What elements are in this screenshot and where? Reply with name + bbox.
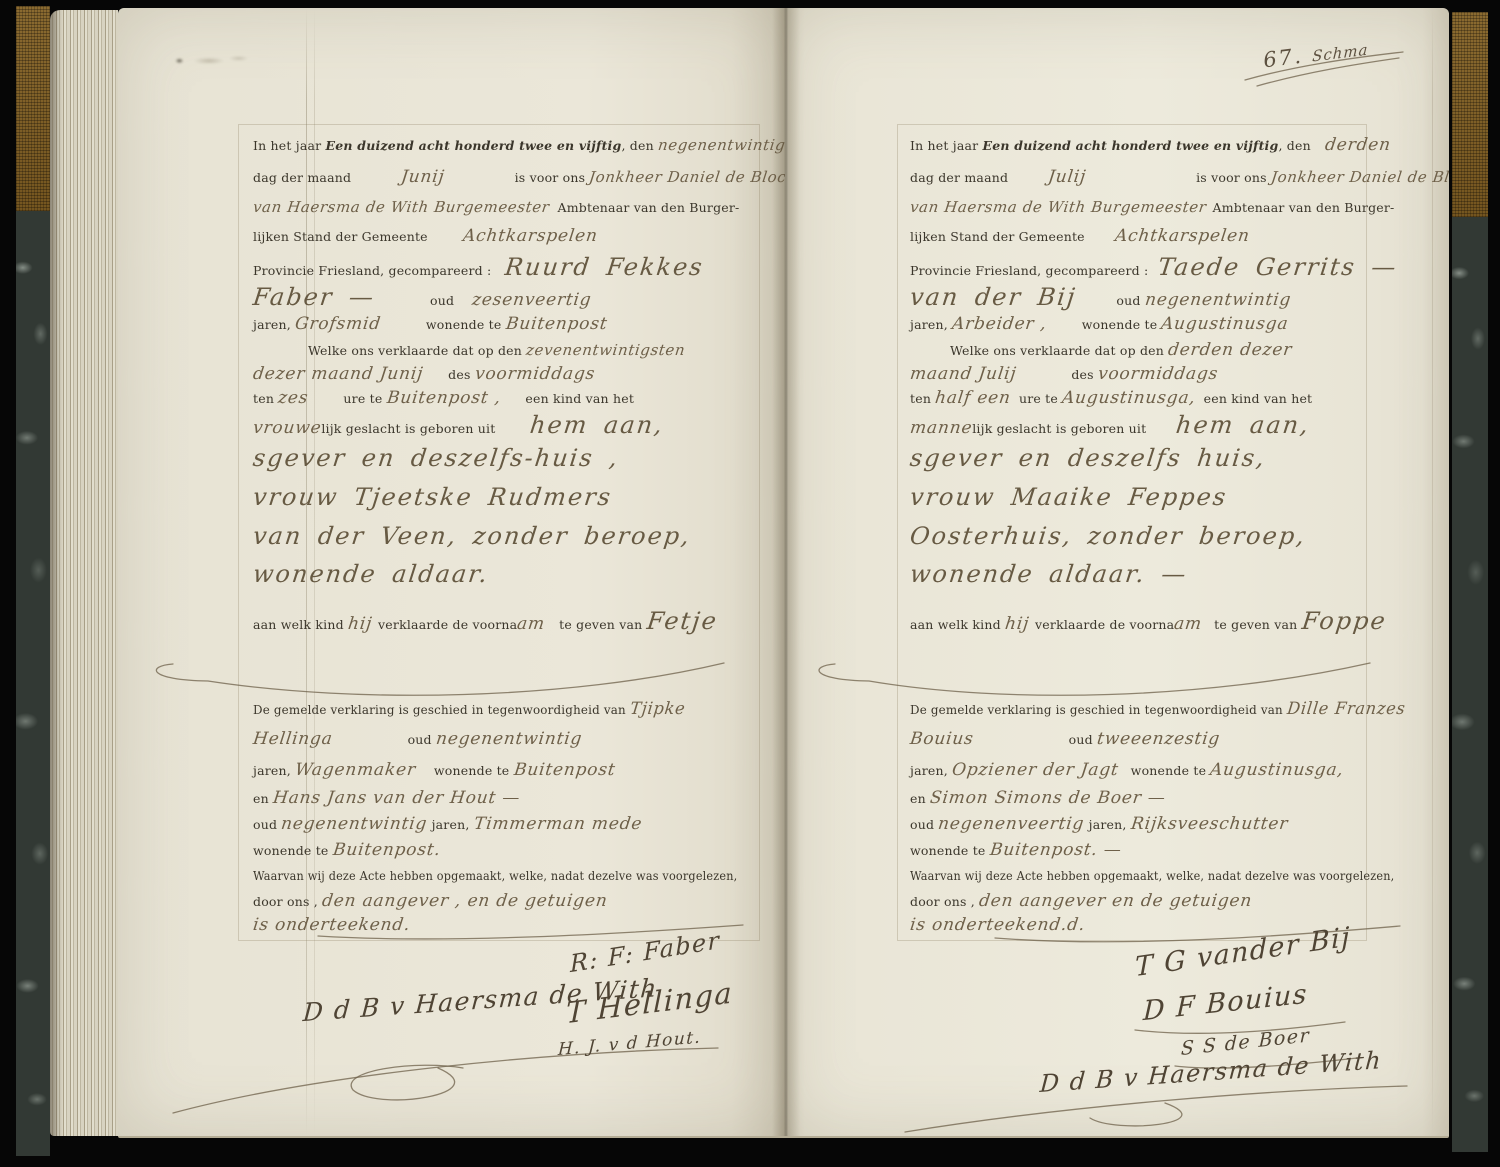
fill-gap bbox=[974, 743, 1069, 744]
printed-text: Welke ons verklaarde dat op den bbox=[950, 343, 1168, 358]
marbled-cover bbox=[16, 211, 50, 1156]
handwritten-text: Buitenpost bbox=[512, 761, 616, 781]
form-line: Waarvan wij deze Acte hebben opgemaakt, … bbox=[910, 866, 1394, 884]
form-line: van der Veen, zonder beroep, bbox=[253, 523, 691, 551]
handwritten-text: den aangever , en de getuigen bbox=[321, 892, 609, 912]
form-line: Welke ons verklaarde dat op den derden d… bbox=[910, 341, 1292, 361]
form-line: vrouw Maaike Feppes bbox=[910, 484, 1227, 512]
handwritten-text: Buitenpost , bbox=[385, 389, 501, 409]
fill-gap bbox=[253, 354, 308, 355]
form-line: mannelijk geslacht is geboren uithem aan… bbox=[910, 412, 1310, 440]
form-line: jaren, Arbeider ,wonende te Augustinusga bbox=[910, 315, 1289, 335]
act-left: In het jaar Een duizend acht honderd twe… bbox=[118, 8, 785, 1136]
handwritten-text: Hellinga bbox=[252, 730, 334, 750]
signature: R: F: Faber bbox=[570, 926, 721, 978]
fill-gap bbox=[381, 328, 426, 329]
printed-text: Ambtenaar van den Burger- bbox=[558, 200, 740, 215]
form-line: Welke ons verklaarde dat op den zevenent… bbox=[253, 341, 685, 359]
form-line: door ons , den aangever en de getuigen bbox=[910, 892, 1252, 912]
form-line: Provincie Friesland, gecompareerd :Taede… bbox=[910, 254, 1398, 282]
printed-text: wonende te bbox=[1082, 317, 1162, 332]
printed-text: Welke ons verklaarde dat op den bbox=[308, 343, 526, 358]
form-line: lijken Stand der GemeenteAchtkarspelen bbox=[253, 227, 597, 247]
handwritten-text: am bbox=[516, 615, 546, 635]
form-line: In het jaar Een duizend acht honderd twe… bbox=[910, 136, 1391, 156]
fill-gap bbox=[545, 628, 559, 629]
printed-text: en bbox=[910, 791, 930, 806]
form-line: en Hans Jans van der Hout — bbox=[253, 789, 520, 809]
form-line: wonende aldaar. — bbox=[910, 561, 1187, 589]
form-line: van der Bijoud negenentwintig bbox=[910, 284, 1291, 312]
printed-text: lijk geslacht is geboren uit bbox=[321, 421, 495, 436]
handwritten-text: van der Bij bbox=[908, 284, 1078, 312]
fill-gap bbox=[495, 432, 530, 433]
handwritten-text: vrouwe bbox=[252, 419, 323, 439]
handwritten-text: wonende aldaar. bbox=[251, 561, 490, 589]
printed-text: In het jaar bbox=[910, 138, 983, 153]
handwritten-text: zevenentwintigsten bbox=[525, 342, 686, 359]
handwritten-text: Taede Gerrits — bbox=[1157, 254, 1400, 282]
handwritten-text: Jonkheer Daniel de Blocq bbox=[1270, 169, 1449, 186]
handwritten-text: is onderteekend.d. bbox=[909, 916, 1086, 936]
handwritten-text: manne bbox=[909, 419, 974, 439]
handwritten-text: Ruurd Fekkes bbox=[504, 254, 706, 282]
form-line: dezer maand Junijdes voormiddags bbox=[253, 365, 595, 385]
printed-text: Provincie Friesland, gecompareerd : bbox=[910, 263, 1148, 278]
printed-text: Provincie Friesland, gecompareerd : bbox=[253, 263, 491, 278]
form-line: wonende te Buitenpost. — bbox=[910, 841, 1121, 861]
handwritten-text: Faber — bbox=[251, 284, 376, 312]
handwritten-text: Simon Simons de Boer — bbox=[929, 789, 1167, 809]
fill-gap bbox=[1085, 240, 1115, 241]
form-line: dag der maandJulijis voor ons Jonkheer D… bbox=[910, 168, 1449, 188]
printed-text: ure te bbox=[1019, 391, 1062, 406]
fill-gap bbox=[1011, 402, 1019, 403]
handwritten-text: voormiddags bbox=[474, 365, 596, 385]
printed-text: een kind van het bbox=[1204, 391, 1313, 406]
handwritten-text: Bouius bbox=[909, 730, 975, 750]
printed-text: oud bbox=[1116, 293, 1144, 308]
handwritten-text: sgever en deszelfs-huis , bbox=[251, 445, 620, 473]
form-line: Waarvan wij deze Acte hebben opgemaakt, … bbox=[253, 866, 737, 884]
handwritten-text: hij bbox=[1004, 615, 1030, 635]
handwritten-text: hem aan, bbox=[529, 412, 666, 440]
handwritten-text: van der Veen, zonder beroep, bbox=[251, 523, 692, 551]
printed-text: te geven van bbox=[559, 617, 646, 632]
fill-gap bbox=[454, 304, 472, 305]
fill-gap bbox=[1086, 181, 1196, 182]
printed-text: oud bbox=[408, 732, 436, 747]
printed-text: wonende te bbox=[1131, 763, 1211, 778]
printed-text: aan welk kind bbox=[910, 617, 1005, 632]
printed-text: Een duizend acht honderd twee en vijftig bbox=[326, 138, 622, 153]
handwritten-text: maand Julij bbox=[909, 365, 1018, 385]
printed-text: oud bbox=[1069, 732, 1097, 747]
fill-gap bbox=[308, 402, 343, 403]
form-line: van Haersma de With BurgemeesterAmbtenaa… bbox=[253, 198, 739, 216]
form-line: is onderteekend. bbox=[253, 916, 410, 936]
signature: T G vander Bij bbox=[1135, 921, 1351, 983]
fill-gap bbox=[1047, 328, 1082, 329]
form-line: Provincie Friesland, gecompareerd :Ruurd… bbox=[253, 254, 704, 282]
handwritten-text: is onderteekend. bbox=[252, 916, 412, 936]
handwritten-text: Opziener der Jagt bbox=[951, 761, 1120, 781]
handwritten-text: Achtkarspelen bbox=[462, 227, 599, 247]
form-line: ten half eenure te Augustinusga,een kind… bbox=[910, 389, 1312, 409]
form-line: wonende te Buitenpost. bbox=[253, 841, 440, 861]
handwritten-text: Buitenpost bbox=[504, 315, 608, 335]
handwritten-text: dezer maand Junij bbox=[252, 365, 425, 385]
form-line: De gemelde verklaring is geschied in teg… bbox=[253, 700, 685, 720]
handwritten-text: Augustinusga, bbox=[1209, 761, 1345, 781]
handwritten-text: Oosterhuis, zonder beroep, bbox=[908, 523, 1307, 551]
binding-cloth bbox=[16, 6, 50, 211]
handwritten-text: vrouw Maaike Feppes bbox=[908, 484, 1229, 512]
printed-text: jaren, bbox=[910, 763, 952, 778]
signature: H. J. v d Hout. bbox=[557, 1027, 701, 1060]
handwritten-text: Wagenmaker bbox=[294, 761, 417, 781]
form-line: oud negenentwintig jaren, Timmerman mede bbox=[253, 815, 642, 835]
handwritten-text: hem aan, bbox=[1175, 412, 1312, 440]
handwritten-text: Julij bbox=[1047, 168, 1087, 188]
printed-text: door ons , bbox=[910, 894, 979, 909]
printed-text: lijk geslacht is geboren uit bbox=[972, 421, 1146, 436]
printed-text: oud bbox=[430, 293, 454, 308]
form-line: In het jaar Een duizend acht honderd twe… bbox=[253, 136, 785, 154]
handwritten-text: van Haersma de With Burgemeester bbox=[909, 199, 1208, 216]
handwritten-text: negenentwintigsten bbox=[657, 137, 785, 154]
book-cover-right bbox=[1452, 12, 1488, 1152]
page-right: 67.Schma In het jaar Een duizend acht ho… bbox=[785, 8, 1449, 1138]
fill-gap bbox=[910, 354, 950, 355]
printed-text: jaren, bbox=[253, 317, 295, 332]
handwritten-text: vrouw Tjeetske Rudmers bbox=[251, 484, 613, 512]
fill-gap bbox=[1119, 774, 1131, 775]
handwritten-text: den aangever en de getuigen bbox=[978, 892, 1253, 912]
handwritten-text: zesenveertig bbox=[471, 291, 593, 311]
printed-text: door ons , bbox=[253, 894, 322, 909]
handwritten-text: negenenveertig bbox=[937, 815, 1086, 835]
handwritten-text: negenentwintig bbox=[435, 730, 583, 750]
handwritten-text: wonende aldaar. — bbox=[908, 561, 1189, 589]
register-book-photo: In het jaar Een duizend acht honderd twe… bbox=[0, 0, 1500, 1167]
printed-text: te geven van bbox=[1214, 617, 1301, 632]
fill-gap bbox=[445, 181, 515, 182]
form-line: vrouw Tjeetske Rudmers bbox=[253, 484, 612, 512]
form-line: ten zesure te Buitenpost ,een kind van h… bbox=[253, 389, 634, 409]
handwritten-text: Arbeider , bbox=[951, 315, 1048, 335]
printed-text: jaren, bbox=[910, 317, 952, 332]
printed-text: Ambtenaar van den Burger- bbox=[1213, 200, 1395, 215]
handwritten-text: Achtkarspelen bbox=[1114, 227, 1251, 247]
handwritten-text: Augustinusga bbox=[1160, 315, 1290, 335]
fill-gap bbox=[375, 304, 430, 305]
signature: D F Bouius bbox=[1142, 979, 1308, 1028]
fill-gap bbox=[500, 402, 525, 403]
printed-text: dag der maand bbox=[253, 170, 351, 185]
form-line: aan welk kind hijverklaarde de voornaamt… bbox=[253, 608, 717, 636]
form-line: vrouwelijk geslacht is geboren uithem aa… bbox=[253, 412, 664, 440]
fill-gap bbox=[1008, 181, 1048, 182]
fill-gap bbox=[1202, 628, 1214, 629]
printed-text: De gemelde verklaring is geschied in teg… bbox=[253, 702, 630, 717]
handwritten-text: negenentwintig bbox=[1144, 291, 1292, 311]
form-line: lijken Stand der GemeenteAchtkarspelen bbox=[910, 227, 1249, 247]
printed-text: wonende te bbox=[434, 763, 514, 778]
printed-text: jaren, bbox=[253, 763, 295, 778]
printed-text: jaren, bbox=[427, 817, 473, 832]
fill-gap bbox=[1076, 304, 1116, 305]
form-line: en Simon Simons de Boer — bbox=[910, 789, 1166, 809]
handwritten-text: Timmerman mede bbox=[472, 815, 643, 835]
printed-text: een kind van het bbox=[525, 391, 634, 406]
printed-text: wonende te bbox=[426, 317, 506, 332]
printed-text: jaren, bbox=[1084, 817, 1130, 832]
handwritten-text: Fetje bbox=[645, 608, 719, 636]
printed-text: en bbox=[253, 791, 273, 806]
printed-text: ten bbox=[253, 391, 278, 406]
act-right: In het jaar Een duizend acht honderd twe… bbox=[785, 8, 1449, 1136]
printed-text: lijken Stand der Gemeente bbox=[253, 229, 428, 244]
printed-text: , den bbox=[1278, 138, 1315, 153]
handwritten-text: Tjipke bbox=[629, 700, 686, 720]
printed-text: des bbox=[448, 367, 475, 382]
form-line: jaren, Opziener der Jagtwonende te Augus… bbox=[910, 761, 1344, 781]
fill-gap bbox=[1196, 402, 1204, 403]
handwritten-text: Hans Jans van der Hout — bbox=[272, 789, 521, 809]
printed-text: In het jaar bbox=[253, 138, 326, 153]
handwritten-text: derden bbox=[1324, 136, 1392, 156]
handwritten-text: Grofsmid bbox=[294, 315, 382, 335]
page-left: In het jaar Een duizend acht honderd twe… bbox=[118, 8, 785, 1138]
handwritten-text: Rijksveeschutter bbox=[1130, 815, 1289, 835]
handwritten-text: Augustinusga, bbox=[1061, 389, 1197, 409]
handwritten-text: hij bbox=[347, 615, 373, 635]
fill-gap bbox=[416, 774, 434, 775]
form-line: aan welk kind hijverklaarde de voornaamt… bbox=[910, 608, 1386, 636]
fill-gap bbox=[428, 240, 463, 241]
form-line: oud negenenveertig jaren, Rijksveeschutt… bbox=[910, 815, 1288, 835]
printed-text: Een duizend acht honderd twee en vijftig bbox=[983, 138, 1279, 153]
printed-text: oud bbox=[910, 817, 938, 832]
printed-text: wonende te bbox=[910, 843, 990, 858]
form-line: van Haersma de With BurgemeesterAmbtenaa… bbox=[910, 198, 1394, 216]
marbled-cover bbox=[1452, 217, 1488, 1152]
fill-gap bbox=[333, 743, 408, 744]
printed-text: De gemelde verklaring is geschied in teg… bbox=[910, 702, 1287, 717]
form-line: wonende aldaar. bbox=[253, 561, 489, 589]
printed-text: aan welk kind bbox=[253, 617, 348, 632]
binding-cloth bbox=[1452, 12, 1488, 217]
handwritten-text: half een bbox=[934, 389, 1012, 409]
handwritten-text: Jonkheer Daniel de Blocq bbox=[588, 169, 785, 186]
form-line: sgever en deszelfs-huis , bbox=[253, 445, 619, 473]
printed-text: is voor ons bbox=[515, 170, 590, 185]
form-line: dag der maandJunijis voor ons Jonkheer D… bbox=[253, 168, 785, 188]
handwritten-text: Buitenpost. — bbox=[989, 841, 1123, 861]
form-line: Oosterhuis, zonder beroep, bbox=[910, 523, 1306, 551]
handwritten-text: Foppe bbox=[1300, 608, 1388, 636]
handwritten-text: sgever en deszelfs huis, bbox=[908, 445, 1267, 473]
printed-text: , den bbox=[621, 138, 658, 153]
form-line: is onderteekend.d. bbox=[910, 916, 1085, 936]
form-line: sgever en deszelfs huis, bbox=[910, 445, 1266, 473]
fill-gap bbox=[423, 378, 448, 379]
form-line: Bouiusoud tweeenzestig bbox=[910, 730, 1220, 750]
handwritten-text: am bbox=[1173, 615, 1203, 635]
page-edge-stack bbox=[50, 10, 118, 1136]
form-line: maand Julijdes voormiddags bbox=[910, 365, 1218, 385]
printed-text: ten bbox=[910, 391, 935, 406]
handwritten-text: Junij bbox=[400, 168, 446, 188]
printed-text: oud bbox=[253, 817, 281, 832]
form-line: jaren, Wagenmakerwonende te Buitenpost bbox=[253, 761, 615, 781]
form-line: Hellingaoud negenentwintig bbox=[253, 730, 582, 750]
handwritten-text: Dille Franzes bbox=[1286, 700, 1407, 720]
fill-gap bbox=[1016, 378, 1071, 379]
book-cover-left bbox=[16, 6, 50, 1156]
form-line: Faber —oudzesenveertig bbox=[253, 284, 592, 312]
printed-text: verklaarde de voorna bbox=[1035, 617, 1174, 632]
fill-gap bbox=[550, 211, 558, 212]
handwritten-text: derden dezer bbox=[1167, 341, 1293, 361]
handwritten-text: Buitenpost. bbox=[332, 841, 442, 861]
handwritten-text: zes bbox=[277, 389, 310, 409]
printed-text: wonende te bbox=[253, 843, 333, 858]
handwritten-text: negenentwintig bbox=[280, 815, 428, 835]
form-line: jaren, Grofsmidwonende te Buitenpost bbox=[253, 315, 607, 335]
printed-text: des bbox=[1071, 367, 1098, 382]
form-line: De gemelde verklaring is geschied in teg… bbox=[910, 700, 1405, 720]
printed-text: lijken Stand der Gemeente bbox=[910, 229, 1085, 244]
handwritten-text: tweeenzestig bbox=[1096, 730, 1221, 750]
fill-gap bbox=[351, 181, 401, 182]
printed-text: Waarvan wij deze Acte hebben opgemaakt, … bbox=[910, 868, 1394, 883]
printed-text: Waarvan wij deze Acte hebben opgemaakt, … bbox=[253, 868, 737, 883]
printed-text: is voor ons bbox=[1196, 170, 1271, 185]
printed-text: ure te bbox=[343, 391, 386, 406]
fill-gap bbox=[1146, 432, 1176, 433]
printed-text: verklaarde de voorna bbox=[378, 617, 517, 632]
form-line: door ons , den aangever , en de getuigen bbox=[253, 892, 608, 912]
handwritten-text: voormiddags bbox=[1097, 365, 1219, 385]
printed-text: dag der maand bbox=[910, 170, 1008, 185]
handwritten-text: van Haersma de With Burgemeester bbox=[252, 199, 551, 216]
